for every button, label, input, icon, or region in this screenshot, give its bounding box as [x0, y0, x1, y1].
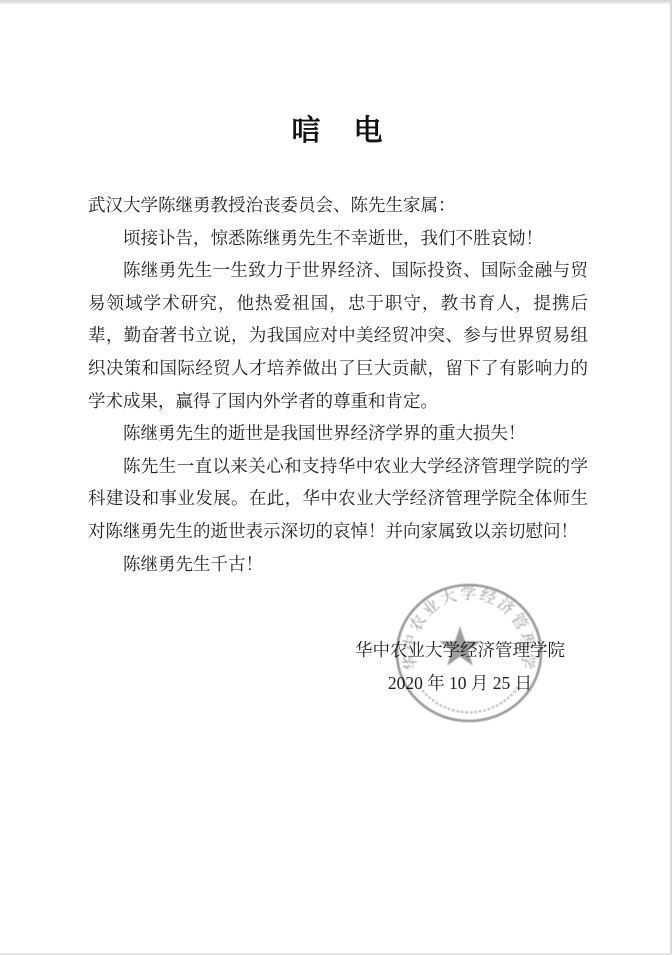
paragraph-3: 陈继勇先生的逝世是我国世界经济学界的重大损失！	[88, 417, 588, 450]
scanned-letter-page: 唁 电 武汉大学陈继勇教授治丧委员会、陈先生家属： 顷接讣告，惊悉陈继勇先生不幸…	[0, 0, 672, 955]
paragraph-1: 顷接讣告，惊悉陈继勇先生不幸逝世，我们不胜哀恸！	[88, 222, 588, 255]
signature-org: 华中农业大学经济管理学院	[340, 634, 580, 667]
signature-date: 2020 年 10 月 25 日	[340, 667, 580, 700]
paragraph-5: 陈继勇先生千古！	[88, 548, 588, 581]
paragraph-4: 陈先生一直以来关心和支持华中农业大学经济管理学院的学科建设和事业发展。在此，华中…	[88, 450, 588, 548]
salutation-line: 武汉大学陈继勇教授治丧委员会、陈先生家属：	[88, 189, 588, 222]
paragraph-2: 陈继勇先生一生致力于世界经济、国际投资、国际金融与贸易领域学术研究，他热爱祖国，…	[88, 254, 588, 417]
letter-title: 唁 电	[88, 108, 588, 149]
letter-body: 武汉大学陈继勇教授治丧委员会、陈先生家属： 顷接讣告，惊悉陈继勇先生不幸逝世，我…	[88, 189, 588, 580]
letter-content: 唁 电 武汉大学陈继勇教授治丧委员会、陈先生家属： 顷接讣告，惊悉陈继勇先生不幸…	[88, 0, 588, 580]
signature-block: 华中农业大学经济管理学院 2020 年 10 月 25 日	[340, 634, 580, 699]
